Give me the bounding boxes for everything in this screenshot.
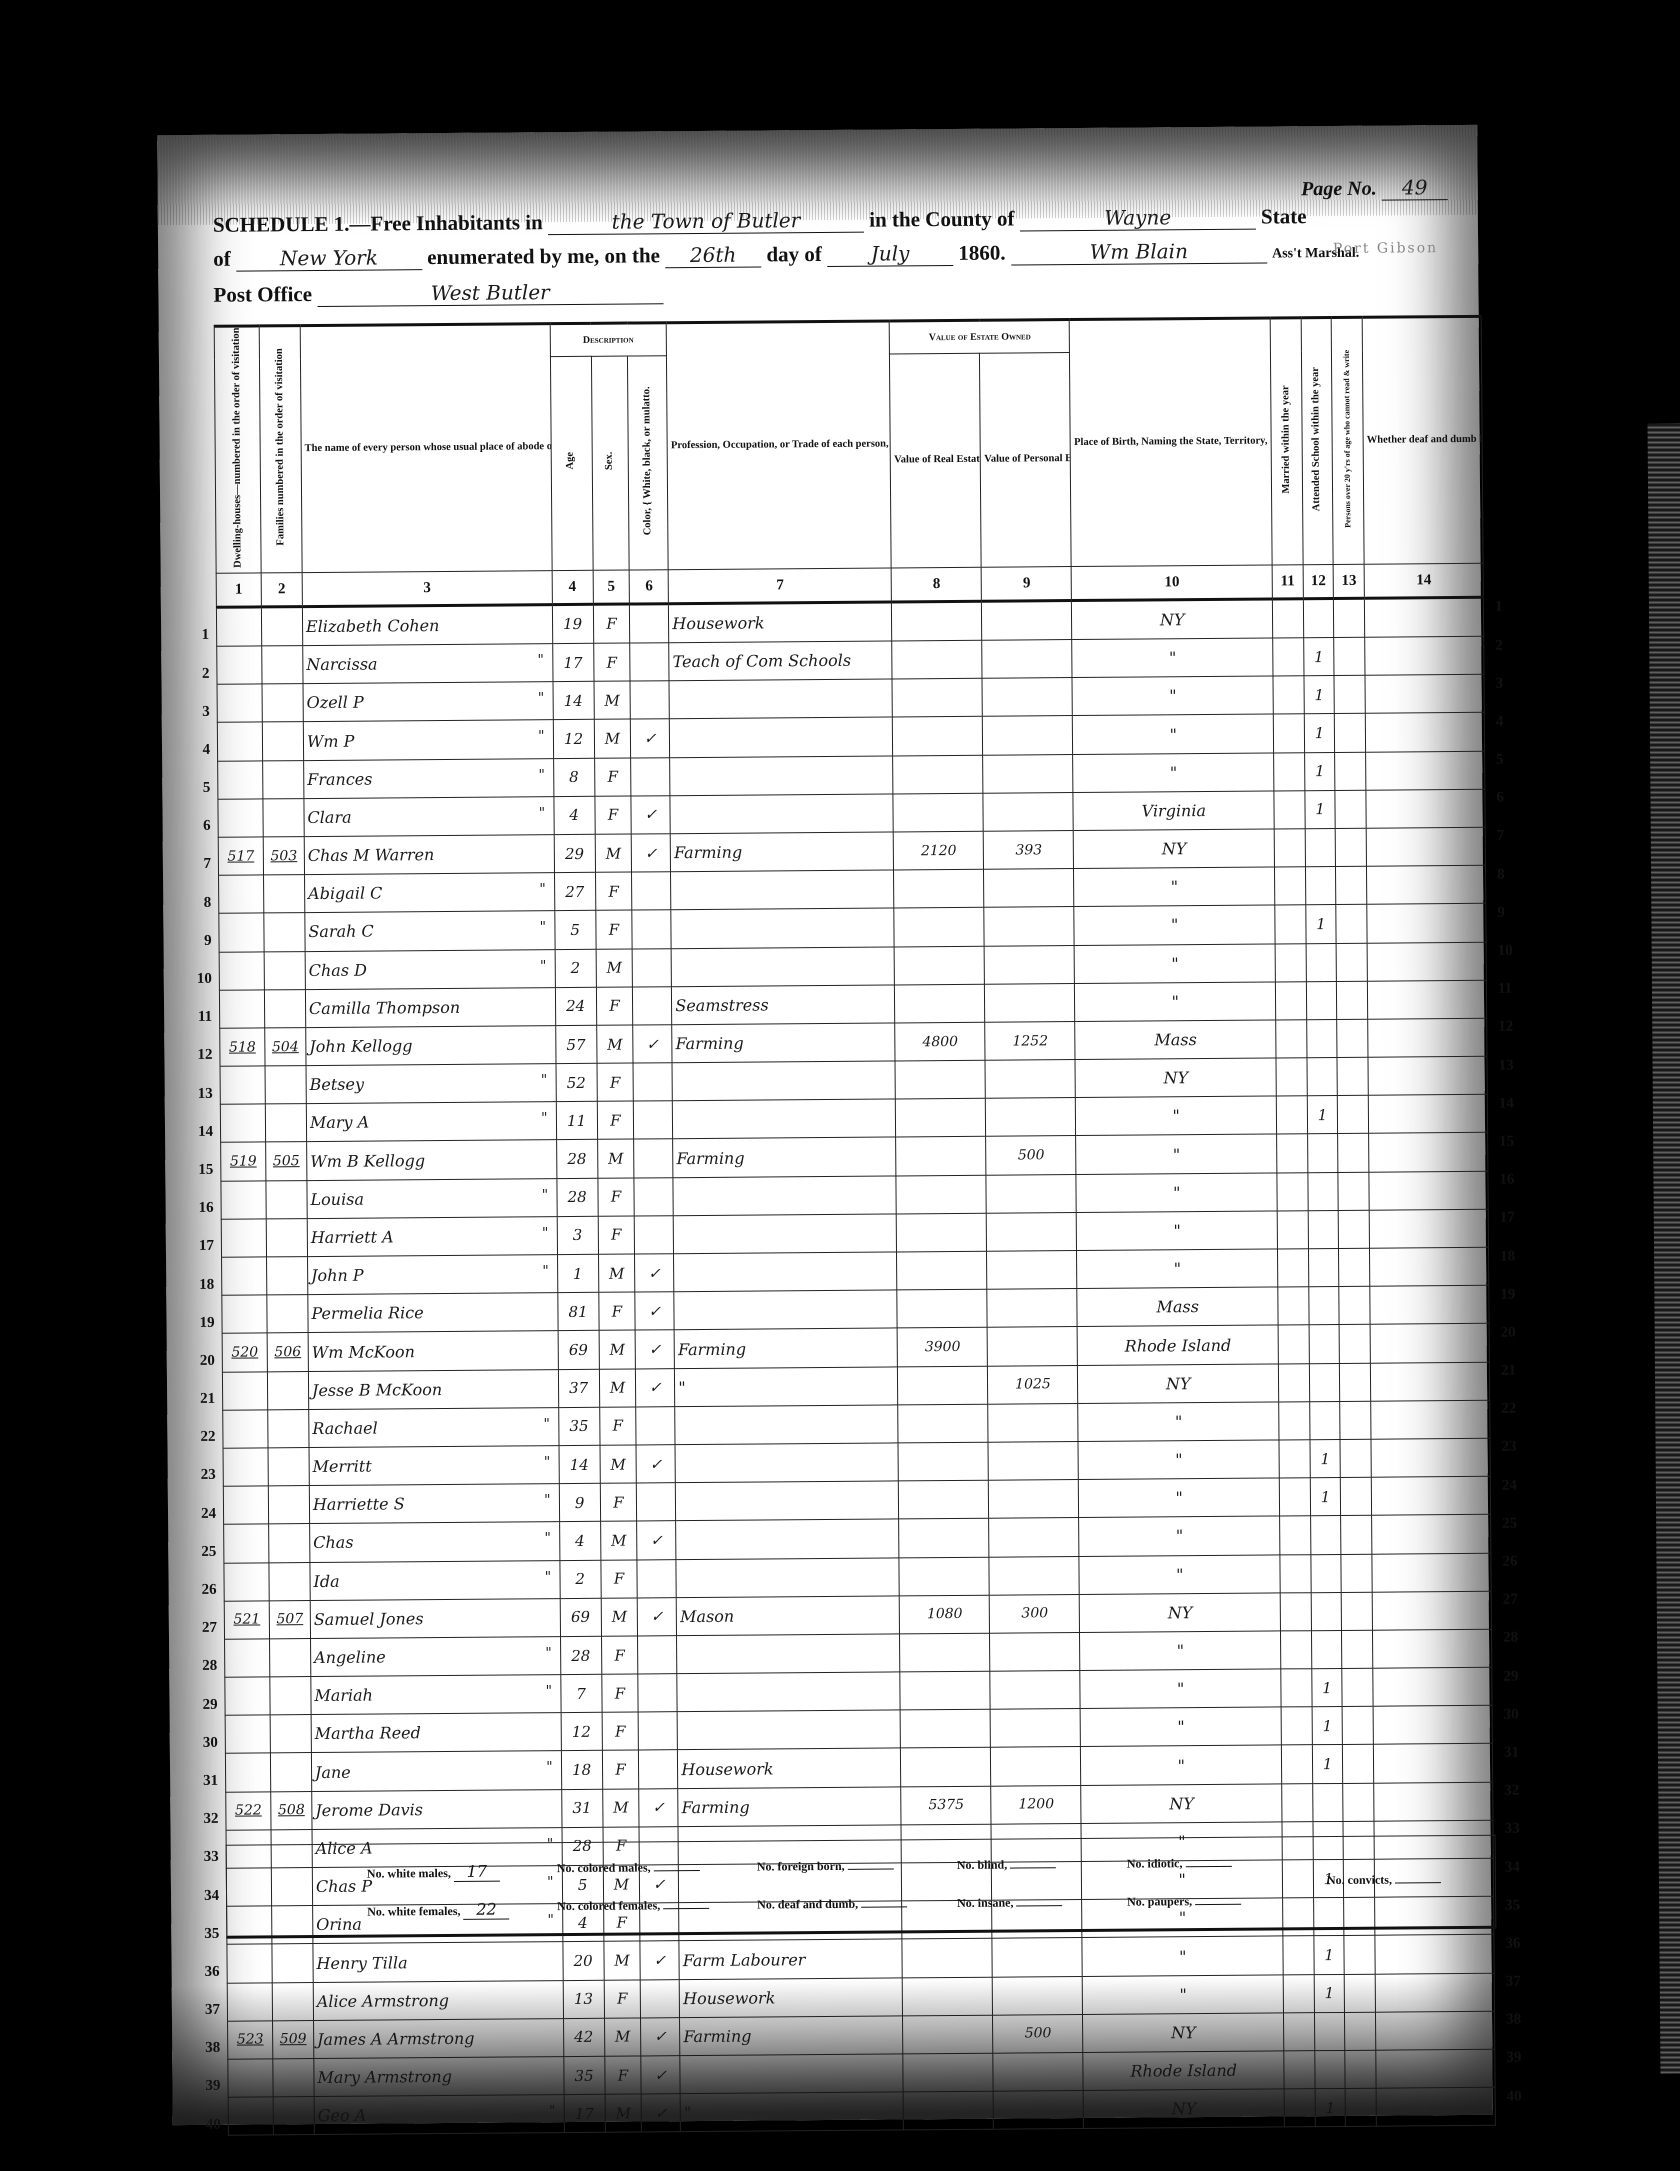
birthplace-cell: "	[1077, 1211, 1278, 1251]
school-cell	[1308, 1210, 1339, 1248]
married-cell	[1275, 867, 1306, 905]
person-name: John P"	[307, 1255, 557, 1295]
family-number	[272, 1944, 313, 1983]
personal-estate-value	[982, 600, 1072, 640]
age-cell: 19	[552, 604, 593, 644]
ditto-mark: "	[542, 1187, 549, 1203]
school-cell	[1311, 1592, 1342, 1630]
family-number	[268, 1486, 309, 1525]
cannot-read-cell	[1341, 1554, 1372, 1592]
birthplace-cell: "	[1075, 982, 1276, 1022]
school-cell: 1	[1304, 752, 1335, 790]
name-text: Elizabeth Cohen	[306, 616, 440, 636]
cannot-read-cell	[1337, 943, 1368, 981]
birthplace-cell: NY	[1078, 1364, 1279, 1404]
color-cell: ✓	[641, 2094, 680, 2132]
married-cell	[1283, 1936, 1314, 1974]
personal-estate-value: 500	[993, 2014, 1083, 2053]
person-name: Camilla Thompson	[305, 987, 555, 1027]
line-number-right: 7	[1497, 828, 1525, 845]
married-cell	[1275, 943, 1306, 981]
line-number-right: 13	[1498, 1057, 1526, 1074]
real-estate-value	[894, 869, 984, 908]
county-label: in the County of	[869, 206, 1014, 231]
personal-estate-value	[984, 869, 1074, 908]
person-name: Chas M Warren	[304, 835, 554, 875]
name-text: Sarah C	[308, 922, 373, 942]
sex-cell: M	[601, 1598, 638, 1636]
occupation-cell	[671, 946, 894, 986]
personal-estate-value	[993, 1976, 1083, 2015]
family-number	[264, 989, 305, 1028]
line-number-right: 2	[1495, 637, 1523, 654]
birthplace-cell: "	[1074, 905, 1275, 945]
line-number-right: 34	[1505, 1859, 1533, 1876]
family-number	[268, 1448, 309, 1487]
col-age-header: Age	[550, 356, 593, 570]
school-cell: 1	[1304, 676, 1335, 714]
line-number-left: 10	[184, 971, 212, 988]
real-estate-value	[894, 908, 984, 947]
birthplace-cell: "	[1079, 1478, 1280, 1518]
age-cell: 13	[563, 1980, 604, 2019]
school-cell	[1309, 1401, 1340, 1439]
line-number-right: 21	[1501, 1363, 1529, 1380]
col-sex-header: Sex.	[591, 356, 630, 570]
place-field: the Town of Butler	[548, 208, 864, 235]
real-estate-value	[899, 1480, 989, 1519]
cannot-read-cell	[1343, 1745, 1374, 1783]
page-edge-strip	[1648, 423, 1680, 2073]
family-number	[261, 606, 302, 646]
married-cell	[1280, 1592, 1311, 1630]
occupation-cell	[670, 756, 893, 796]
name-text: Jesse B McKoon	[312, 1380, 442, 1400]
name-text: James A Armstrong	[317, 2029, 475, 2049]
school-cell	[1311, 1554, 1342, 1592]
dwelling-number	[224, 1562, 269, 1601]
married-cell	[1278, 1249, 1309, 1287]
name-text: Ida	[313, 1571, 339, 1590]
family-number	[270, 1638, 311, 1677]
ditto-mark: "	[541, 1110, 548, 1126]
cannot-read-cell	[1339, 1248, 1370, 1286]
person-name: Angeline"	[310, 1637, 560, 1677]
family-number	[267, 1295, 308, 1334]
personal-estate-value	[994, 2091, 1084, 2130]
age-cell: 8	[553, 758, 594, 797]
real-estate-value: 5375	[901, 1786, 991, 1825]
personal-estate-value	[988, 1327, 1078, 1366]
birthplace-cell: "	[1081, 1707, 1282, 1747]
personal-estate-value: 500	[986, 1136, 1076, 1175]
line-number-right: 32	[1504, 1783, 1532, 1800]
real-estate-value	[897, 1289, 987, 1328]
line-number-right: 35	[1505, 1897, 1533, 1914]
occupation-cell: "	[675, 1367, 898, 1407]
line-number-right: 33	[1504, 1821, 1532, 1838]
person-name: Merritt"	[309, 1446, 559, 1486]
birthplace-cell: NY	[1075, 1058, 1276, 1098]
cannot-read-cell	[1336, 905, 1367, 943]
real-estate-value	[895, 984, 985, 1023]
school-cell: 1	[1314, 1974, 1345, 2012]
school-cell	[1308, 1248, 1339, 1286]
family-number: 505	[266, 1142, 307, 1181]
line-number-left: 9	[183, 933, 211, 950]
sex-cell: F	[604, 1980, 641, 2018]
school-cell	[1306, 981, 1337, 1019]
line-number-right: 5	[1496, 752, 1524, 769]
married-cell	[1276, 1096, 1307, 1134]
post-office-field: West Butler	[317, 279, 663, 307]
school-cell	[1307, 1058, 1338, 1096]
col-family-header: Families numbered in the order of visita…	[259, 326, 302, 573]
state-label: State	[1261, 204, 1307, 228]
occupation-cell: Farming	[680, 2016, 903, 2056]
personal-estate-value	[987, 1212, 1077, 1251]
sex-cell: M	[598, 1254, 635, 1292]
family-number	[270, 1753, 311, 1792]
real-estate-value	[897, 1251, 987, 1290]
person-name: Wm B Kellogg	[307, 1140, 557, 1180]
line-number-right: 38	[1506, 2012, 1534, 2029]
birthplace-cell: Rhode Island	[1078, 1325, 1279, 1365]
condition-cell	[1370, 1324, 1489, 1363]
ditto-mark: "	[546, 1683, 553, 1699]
ditto-mark: "	[541, 1072, 548, 1088]
married-cell	[1274, 791, 1305, 829]
page-number: Page No. 49	[1301, 175, 1448, 201]
color-cell	[633, 986, 672, 1024]
sex-cell: M	[600, 1521, 637, 1559]
sex-cell: F	[600, 1483, 637, 1521]
family-number	[263, 798, 304, 837]
ditto-mark: "	[544, 1531, 551, 1547]
personal-estate-value	[989, 1480, 1079, 1519]
line-number-right: 3	[1495, 675, 1523, 692]
line-number-left: 28	[189, 1658, 217, 1675]
married-cell	[1281, 1631, 1312, 1669]
color-cell	[638, 1636, 677, 1674]
cannot-read-cell	[1340, 1401, 1371, 1439]
sex-cell: F	[593, 604, 630, 643]
name-text: Chas M Warren	[308, 845, 435, 865]
married-cell	[1278, 1363, 1309, 1401]
cannot-read-cell	[1338, 1096, 1369, 1134]
line-number-left: 39	[192, 2078, 220, 2095]
person-name: Chas"	[310, 1522, 560, 1562]
cannot-read-cell	[1340, 1325, 1371, 1363]
condition-cell	[1371, 1400, 1490, 1439]
condition-cell	[1364, 597, 1483, 637]
sex-cell: F	[594, 796, 631, 834]
school-cell	[1305, 828, 1336, 866]
line-number-right: 37	[1506, 1974, 1534, 1991]
day-field: 26th	[665, 242, 761, 268]
condition-cell	[1376, 2087, 1495, 2126]
foreign-born-tally: No. foreign born,	[757, 1858, 894, 1874]
insane-tally: No. insane,	[957, 1895, 1062, 1911]
dwelling-number	[227, 1944, 272, 1983]
condition-cell	[1376, 2049, 1495, 2088]
cannot-read-cell	[1346, 2088, 1377, 2126]
dwelling-number	[225, 1677, 270, 1716]
person-name: Harriette S"	[309, 1484, 559, 1524]
line-number-right: 9	[1497, 904, 1525, 921]
birthplace-cell: NY	[1074, 829, 1275, 869]
birthplace-cell: "	[1076, 1134, 1277, 1174]
real-estate-value: 3900	[897, 1328, 987, 1367]
real-estate-value	[903, 2091, 993, 2130]
occupation-cell: Farming	[672, 1023, 895, 1063]
school-cell	[1306, 1019, 1337, 1057]
personal-estate-value	[982, 678, 1072, 717]
col-name-header: The name of every person whose usual pla…	[300, 324, 552, 573]
line-number-right: 14	[1499, 1095, 1527, 1112]
line-number-left: 22	[187, 1429, 215, 1446]
cannot-read-cell	[1345, 2012, 1376, 2050]
name-text: Abigail C	[308, 884, 382, 904]
birthplace-cell: "	[1081, 1745, 1282, 1785]
school-cell: 1	[1306, 905, 1337, 943]
header-line-1: SCHEDULE 1.—Free Inhabitants in the Town…	[213, 204, 1307, 238]
color-cell: ✓	[631, 795, 670, 833]
header-line-2: of New York enumerated by me, on the 26t…	[213, 238, 1359, 272]
occupation-cell	[677, 1634, 900, 1674]
real-estate-value	[903, 1977, 993, 2016]
sex-cell: M	[605, 2094, 642, 2132]
line-number-left: 26	[189, 1582, 217, 1599]
real-estate-value	[898, 1366, 988, 1405]
family-number	[262, 722, 303, 761]
name-text: Betsey	[310, 1075, 365, 1094]
family-number	[264, 913, 305, 952]
occupation-cell: Farming	[673, 1137, 896, 1177]
birthplace-cell: "	[1080, 1669, 1281, 1709]
birthplace-cell: NY	[1084, 2089, 1285, 2129]
birthplace-cell: Rhode Island	[1083, 2051, 1284, 2091]
person-name: Betsey"	[306, 1064, 556, 1104]
married-cell	[1276, 1058, 1307, 1096]
school-cell	[1306, 943, 1337, 981]
name-text: Wm B Kellogg	[310, 1151, 425, 1171]
school-cell: 1	[1307, 1096, 1338, 1134]
personal-estate-value	[989, 1556, 1079, 1595]
line-number-right: 25	[1502, 1515, 1530, 1532]
age-cell: 81	[557, 1293, 598, 1332]
sex-cell: F	[595, 872, 632, 910]
dwelling-number: 517	[218, 837, 263, 876]
blind-tally: No. blind,	[957, 1857, 1056, 1873]
line-number-left: 2	[181, 665, 209, 682]
sex-cell: M	[596, 949, 633, 987]
color-cell	[632, 948, 671, 986]
line-number-left: 27	[189, 1620, 217, 1637]
ditto-mark: "	[540, 920, 547, 936]
color-cell: ✓	[637, 1521, 676, 1559]
ditto-mark: "	[545, 1569, 552, 1585]
line-number-left: 13	[185, 1085, 213, 1102]
school-cell: 1	[1315, 2089, 1346, 2127]
person-name: Rachael"	[309, 1407, 559, 1447]
person-name: Ida"	[310, 1560, 560, 1600]
occupation-cell	[674, 1252, 897, 1292]
line-number-left: 32	[190, 1811, 218, 1828]
person-name: Wm P"	[303, 720, 553, 760]
real-estate-value	[894, 946, 984, 985]
ditto-mark: "	[543, 1416, 550, 1432]
birthplace-cell: "	[1076, 1173, 1277, 1213]
birthplace-cell: "	[1079, 1516, 1280, 1556]
real-estate-value	[903, 2053, 993, 2092]
birthplace-cell: "	[1072, 676, 1273, 716]
age-cell: 35	[563, 2056, 604, 2095]
occupation-cell	[669, 679, 892, 719]
real-estate-value	[896, 1137, 986, 1176]
cannot-read-cell	[1342, 1630, 1373, 1668]
person-name: Mary A"	[306, 1102, 556, 1142]
dwelling-number	[228, 2097, 273, 2136]
person-name: Geo A"	[314, 2095, 564, 2135]
sex-cell: M	[604, 2018, 641, 2056]
color-cell	[638, 1674, 677, 1712]
age-cell: 57	[555, 1025, 596, 1064]
sex-cell: F	[600, 1560, 637, 1598]
ditto-mark: "	[539, 805, 546, 821]
cannot-read-cell	[1339, 1210, 1370, 1248]
line-number-left: 35	[191, 1925, 219, 1942]
family-number	[263, 760, 304, 799]
ditto-mark: "	[537, 652, 544, 668]
birthplace-cell: "	[1072, 638, 1273, 678]
school-cell	[1303, 598, 1334, 637]
line-number-right: 26	[1502, 1554, 1530, 1571]
dwelling-number	[228, 2059, 273, 2098]
person-name: Frances"	[304, 758, 554, 798]
line-number-left: 4	[182, 742, 210, 759]
birthplace-cell: NY	[1081, 1784, 1282, 1824]
line-number-right: 24	[1502, 1477, 1530, 1494]
school-cell: 1	[1305, 790, 1336, 828]
condition-cell	[1367, 980, 1486, 1019]
condition-cell	[1370, 1247, 1489, 1286]
person-name: Jesse B McKoon	[308, 1369, 558, 1409]
personal-estate-value	[993, 2052, 1083, 2091]
age-cell: 69	[560, 1598, 601, 1637]
sex-cell: F	[604, 2056, 641, 2094]
condition-cell	[1374, 1782, 1493, 1821]
name-text: Camilla Thompson	[309, 998, 460, 1018]
cannot-read-cell	[1337, 981, 1368, 1019]
age-cell: 24	[555, 987, 596, 1026]
sex-cell: F	[598, 1292, 635, 1330]
family-number	[266, 1180, 307, 1219]
col-occupation-header: Profession, Occupation, or Trade of each…	[666, 321, 891, 570]
cannot-read-cell	[1345, 2050, 1376, 2088]
ditto-mark: "	[545, 1645, 552, 1661]
sex-cell: F	[593, 643, 630, 681]
cannot-read-cell	[1339, 1286, 1370, 1324]
name-text: Harriette S	[313, 1495, 405, 1515]
age-cell: 20	[563, 1942, 604, 1981]
sex-cell: F	[602, 1712, 639, 1750]
occupation-cell: Housework	[669, 602, 892, 643]
dwelling-number	[216, 607, 261, 647]
line-number-right: 29	[1503, 1668, 1531, 1685]
col-cannot-read-header: Persons over 20 y'rs of age who cannot r…	[1332, 317, 1365, 564]
occupation-cell	[676, 1481, 899, 1521]
family-number	[273, 2097, 314, 2136]
line-number-left: 23	[188, 1467, 216, 1484]
condition-cell	[1373, 1706, 1492, 1745]
line-numbers: 1122334455667788991010111112121313141415…	[157, 125, 1477, 135]
line-number-left: 16	[186, 1200, 214, 1217]
white-males-tally: No. white males, 17	[367, 1862, 500, 1883]
age-cell: 35	[558, 1407, 599, 1446]
line-number-right: 4	[1496, 713, 1524, 730]
married-cell	[1277, 1172, 1308, 1210]
county-field: Wayne	[1020, 205, 1256, 232]
dwelling-number: 520	[222, 1333, 267, 1372]
birthplace-cell: "	[1083, 1975, 1284, 2015]
dwelling-number	[222, 1257, 267, 1296]
name-text: Frances	[307, 769, 372, 789]
line-number-left: 21	[187, 1391, 215, 1408]
condition-cell	[1371, 1438, 1490, 1477]
school-cell	[1307, 1134, 1338, 1172]
deaf-dumb-tally: No. deaf and dumb,	[757, 1896, 907, 1912]
personal-estate-value	[992, 1938, 1082, 1977]
cannot-read-cell	[1341, 1477, 1372, 1515]
married-cell	[1277, 1134, 1308, 1172]
sex-cell: M	[597, 1139, 634, 1177]
cannot-read-cell	[1342, 1668, 1373, 1706]
name-text: Henry Tilla	[316, 1953, 407, 1973]
condition-cell	[1372, 1553, 1491, 1592]
sex-cell: F	[595, 910, 632, 948]
sex-cell: F	[597, 1178, 634, 1216]
ditto-mark: "	[542, 1263, 549, 1279]
personal-estate-value	[984, 907, 1074, 946]
person-name: Alice Armstrong	[313, 1980, 563, 2020]
color-cell: ✓	[633, 1025, 672, 1063]
line-number-left: 29	[189, 1696, 217, 1713]
occupation-cell: Mason	[676, 1596, 899, 1636]
dwelling-number	[217, 684, 262, 723]
birthplace-cell: "	[1082, 1936, 1283, 1976]
person-name: Ozell P"	[303, 682, 553, 722]
married-cell	[1284, 2089, 1315, 2127]
personal-estate-value	[982, 640, 1072, 679]
age-cell: 7	[560, 1674, 601, 1713]
occupation-cell	[673, 1099, 896, 1139]
school-cell: 1	[1312, 1745, 1343, 1783]
birthplace-cell: NY	[1080, 1593, 1281, 1633]
condition-cell	[1367, 904, 1486, 943]
tally-footer: No. white males, 17 No. white females, 2…	[226, 1835, 1497, 1939]
real-estate-value	[899, 1557, 989, 1596]
color-cell: ✓	[639, 1788, 678, 1826]
age-cell: 14	[559, 1445, 600, 1484]
personal-estate-value	[990, 1632, 1080, 1671]
married-cell	[1282, 1783, 1313, 1821]
col-birthplace-header: Place of Birth, Naming the State, Territ…	[1070, 318, 1273, 566]
dwelling-number	[220, 1104, 265, 1143]
color-cell: ✓	[632, 834, 671, 872]
color-cell: ✓	[635, 1254, 674, 1292]
name-text: Rachael	[312, 1418, 377, 1438]
